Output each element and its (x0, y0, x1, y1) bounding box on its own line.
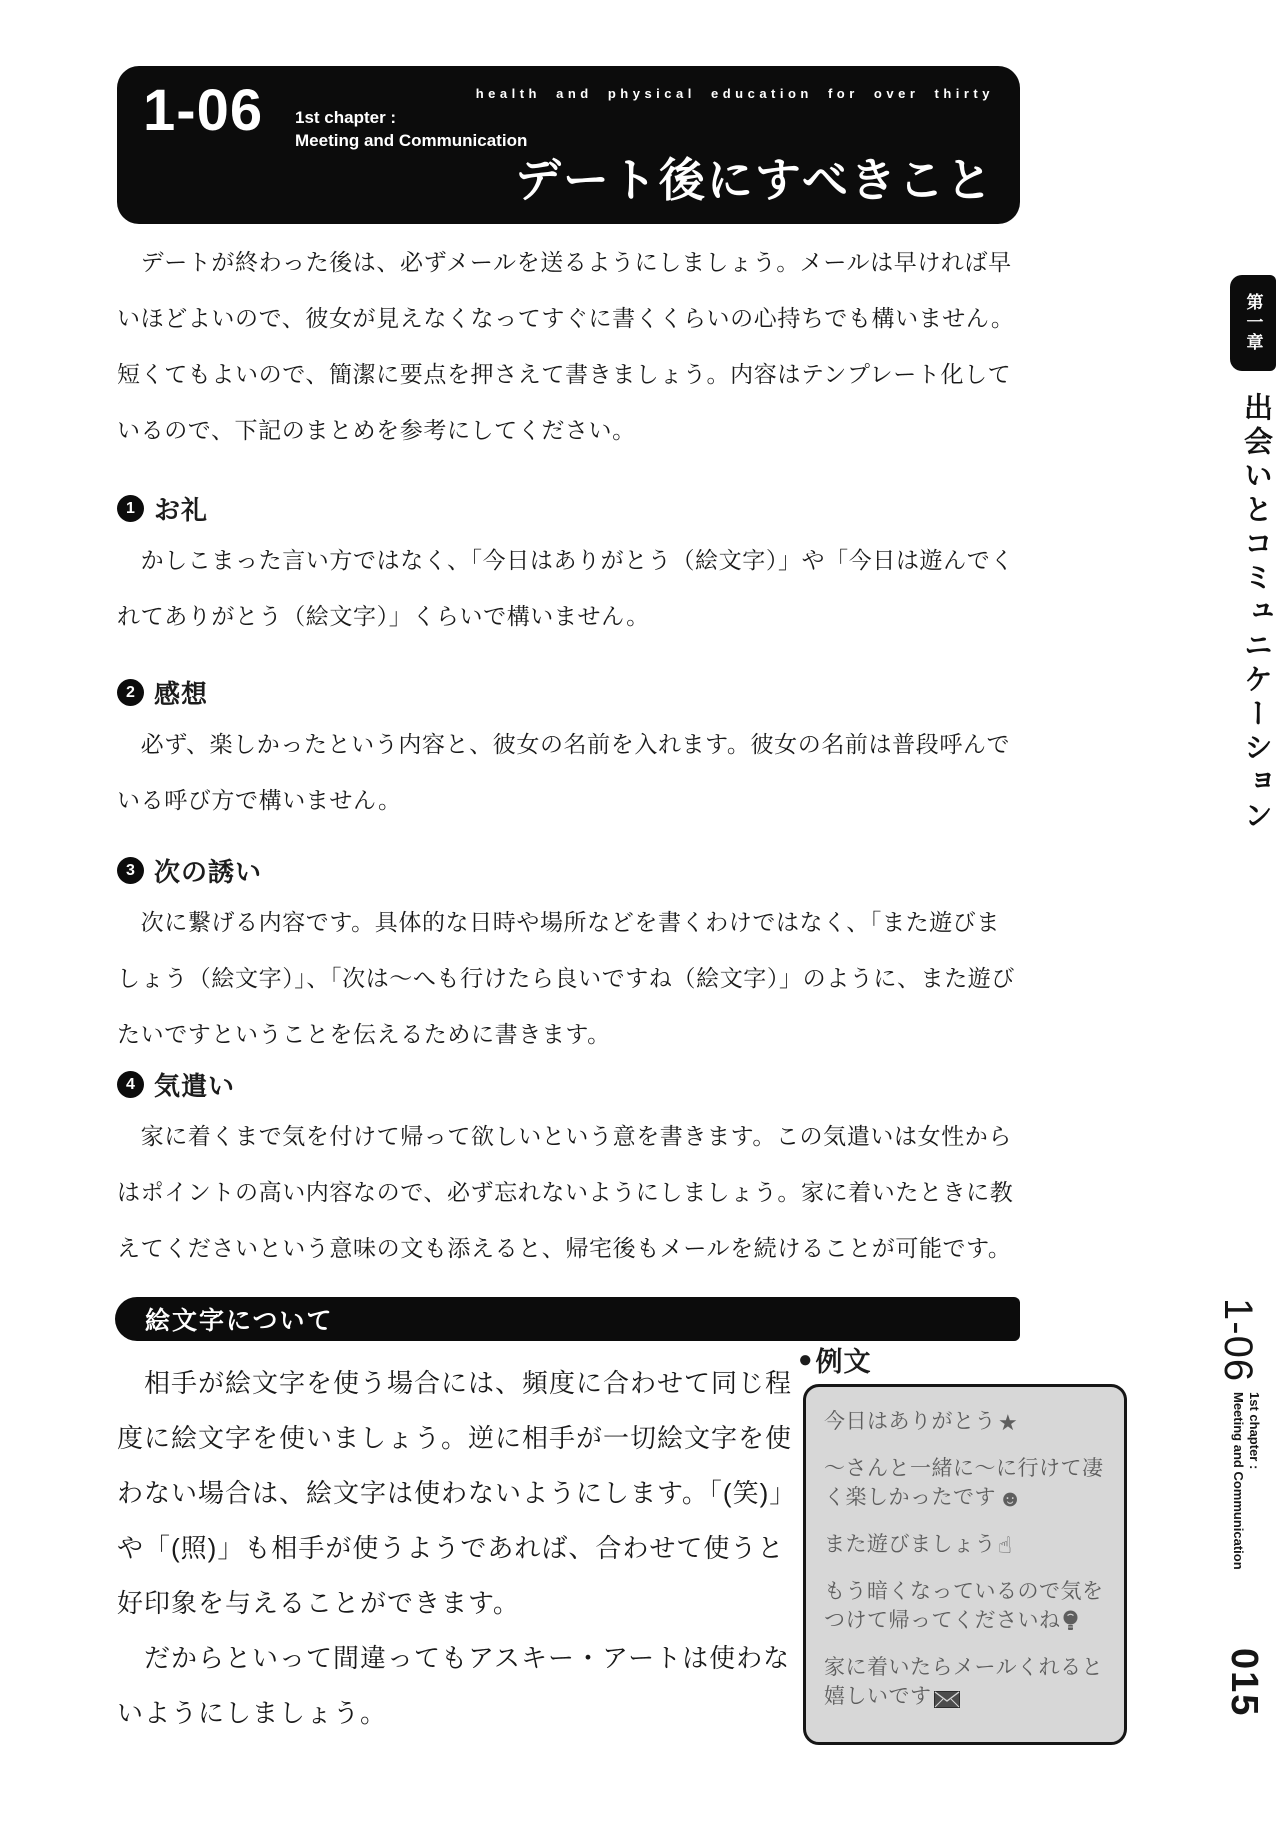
example-message: また遊びましょう (824, 1530, 1108, 1561)
section-body: 家に着くまで気を付けて帰って欲しいという意を書きます。この気遣いは女性から はポ… (117, 1108, 1017, 1276)
book-tagline: health and physical education for over t… (476, 86, 994, 101)
thumbs-up-emoji-icon (998, 1531, 1013, 1561)
section-title: お礼 (154, 490, 208, 527)
section-heading: 4 気遣い (117, 1068, 1017, 1100)
example-heading: ● 例文 (798, 1340, 872, 1379)
section-heading: 2 感想 (117, 676, 1017, 708)
chapter-name: 1st chapter : Meeting and Communication (295, 106, 527, 152)
example-message-box: 今日はありがとう ～さんと一緒に～に行けて凄 く楽しかったです また遊びましょう… (803, 1384, 1127, 1745)
page-number: 015 (1225, 1648, 1263, 1728)
numbered-circle-badge: 4 (117, 1071, 144, 1098)
example-message: 家に着いたらメールくれると 嬉しいです (824, 1653, 1108, 1713)
star-emoji-icon (998, 1408, 1018, 1438)
intro-paragraph: デートが終わった後は、必ずメールを送るようにしましょう。メールは早ければ早 いほ… (117, 234, 1017, 458)
emoji-note-title: 絵文字について (115, 1301, 334, 1337)
section-heading: 1 お礼 (117, 492, 1017, 524)
chapter-tab-label: 第一章 (1241, 293, 1266, 353)
chapter-header-banner: 1-06 1st chapter : Meeting and Communica… (117, 66, 1020, 224)
sidebar-section-number: 1-06 (1218, 1298, 1258, 1393)
message-text: ～さんと一緒に～に行けて凄 く楽しかったです (824, 1457, 1104, 1509)
message-text: また遊びましょう (824, 1533, 996, 1556)
lightbulb-emoji-icon (1063, 1608, 1078, 1637)
smiley-emoji-icon (998, 1484, 1023, 1514)
emoji-note-body: 相手が絵文字を使う場合には、頻度に合わせて同じ程 度に絵文字を使いましょう。逆に… (117, 1356, 807, 1741)
chapter-tab: 第一章 (1230, 275, 1276, 371)
numbered-circle-badge: 3 (117, 857, 144, 884)
envelope-emoji-icon (934, 1684, 960, 1713)
section-tsugi-no-sasoi: 3 次の誘い 次に繋げる内容です。具体的な日時や場所などを書くわけではなく、「ま… (117, 854, 1017, 1062)
section-number: 1-06 (143, 82, 263, 140)
bullet-icon: ● (798, 1346, 814, 1374)
example-message: もう暗くなっているので気を つけて帰ってくださいね (824, 1577, 1108, 1637)
numbered-circle-badge: 2 (117, 679, 144, 706)
example-message: 今日はありがとう (824, 1407, 1108, 1438)
section-heading: 3 次の誘い (117, 854, 1017, 886)
sidebar-chapter-title: 出会いとコミュニケーション (1236, 392, 1277, 862)
section-body: 次に繋げる内容です。具体的な日時や場所などを書くわけではなく、「また遊びま しょ… (117, 894, 1017, 1062)
section-kansou: 2 感想 必ず、楽しかったという内容と、彼女の名前を入れます。彼女の名前は普段呼… (117, 676, 1017, 828)
section-title: 感想 (154, 674, 208, 711)
section-title: 次の誘い (154, 852, 262, 889)
numbered-circle-badge: 1 (117, 495, 144, 522)
page-title: デート後にすべきこと (515, 144, 994, 210)
example-heading-label: 例文 (816, 1340, 872, 1379)
message-text: 家に着いたらメールくれると 嬉しいです (824, 1656, 1103, 1708)
section-body: かしこまった言い方ではなく、「今日はありがとう（絵文字）」や「今日は遊んでく れ… (117, 532, 1017, 644)
section-body: 必ず、楽しかったという内容と、彼女の名前を入れます。彼女の名前は普段呼んで いる… (117, 716, 1017, 828)
section-kizukai: 4 気遣い 家に着くまで気を付けて帰って欲しいという意を書きます。この気遣いは女… (117, 1068, 1017, 1276)
example-message: ～さんと一緒に～に行けて凄 く楽しかったです (824, 1454, 1108, 1514)
section-title: 気遣い (154, 1066, 235, 1103)
sidebar-chapter-name: 1st chapter : Meeting and Communication (1230, 1392, 1262, 1627)
emoji-note-title-bar: 絵文字について (115, 1297, 1020, 1341)
message-text: 今日はありがとう (824, 1410, 996, 1433)
section-orei: 1 お礼 かしこまった言い方ではなく、「今日はありがとう（絵文字）」や「今日は遊… (117, 492, 1017, 644)
